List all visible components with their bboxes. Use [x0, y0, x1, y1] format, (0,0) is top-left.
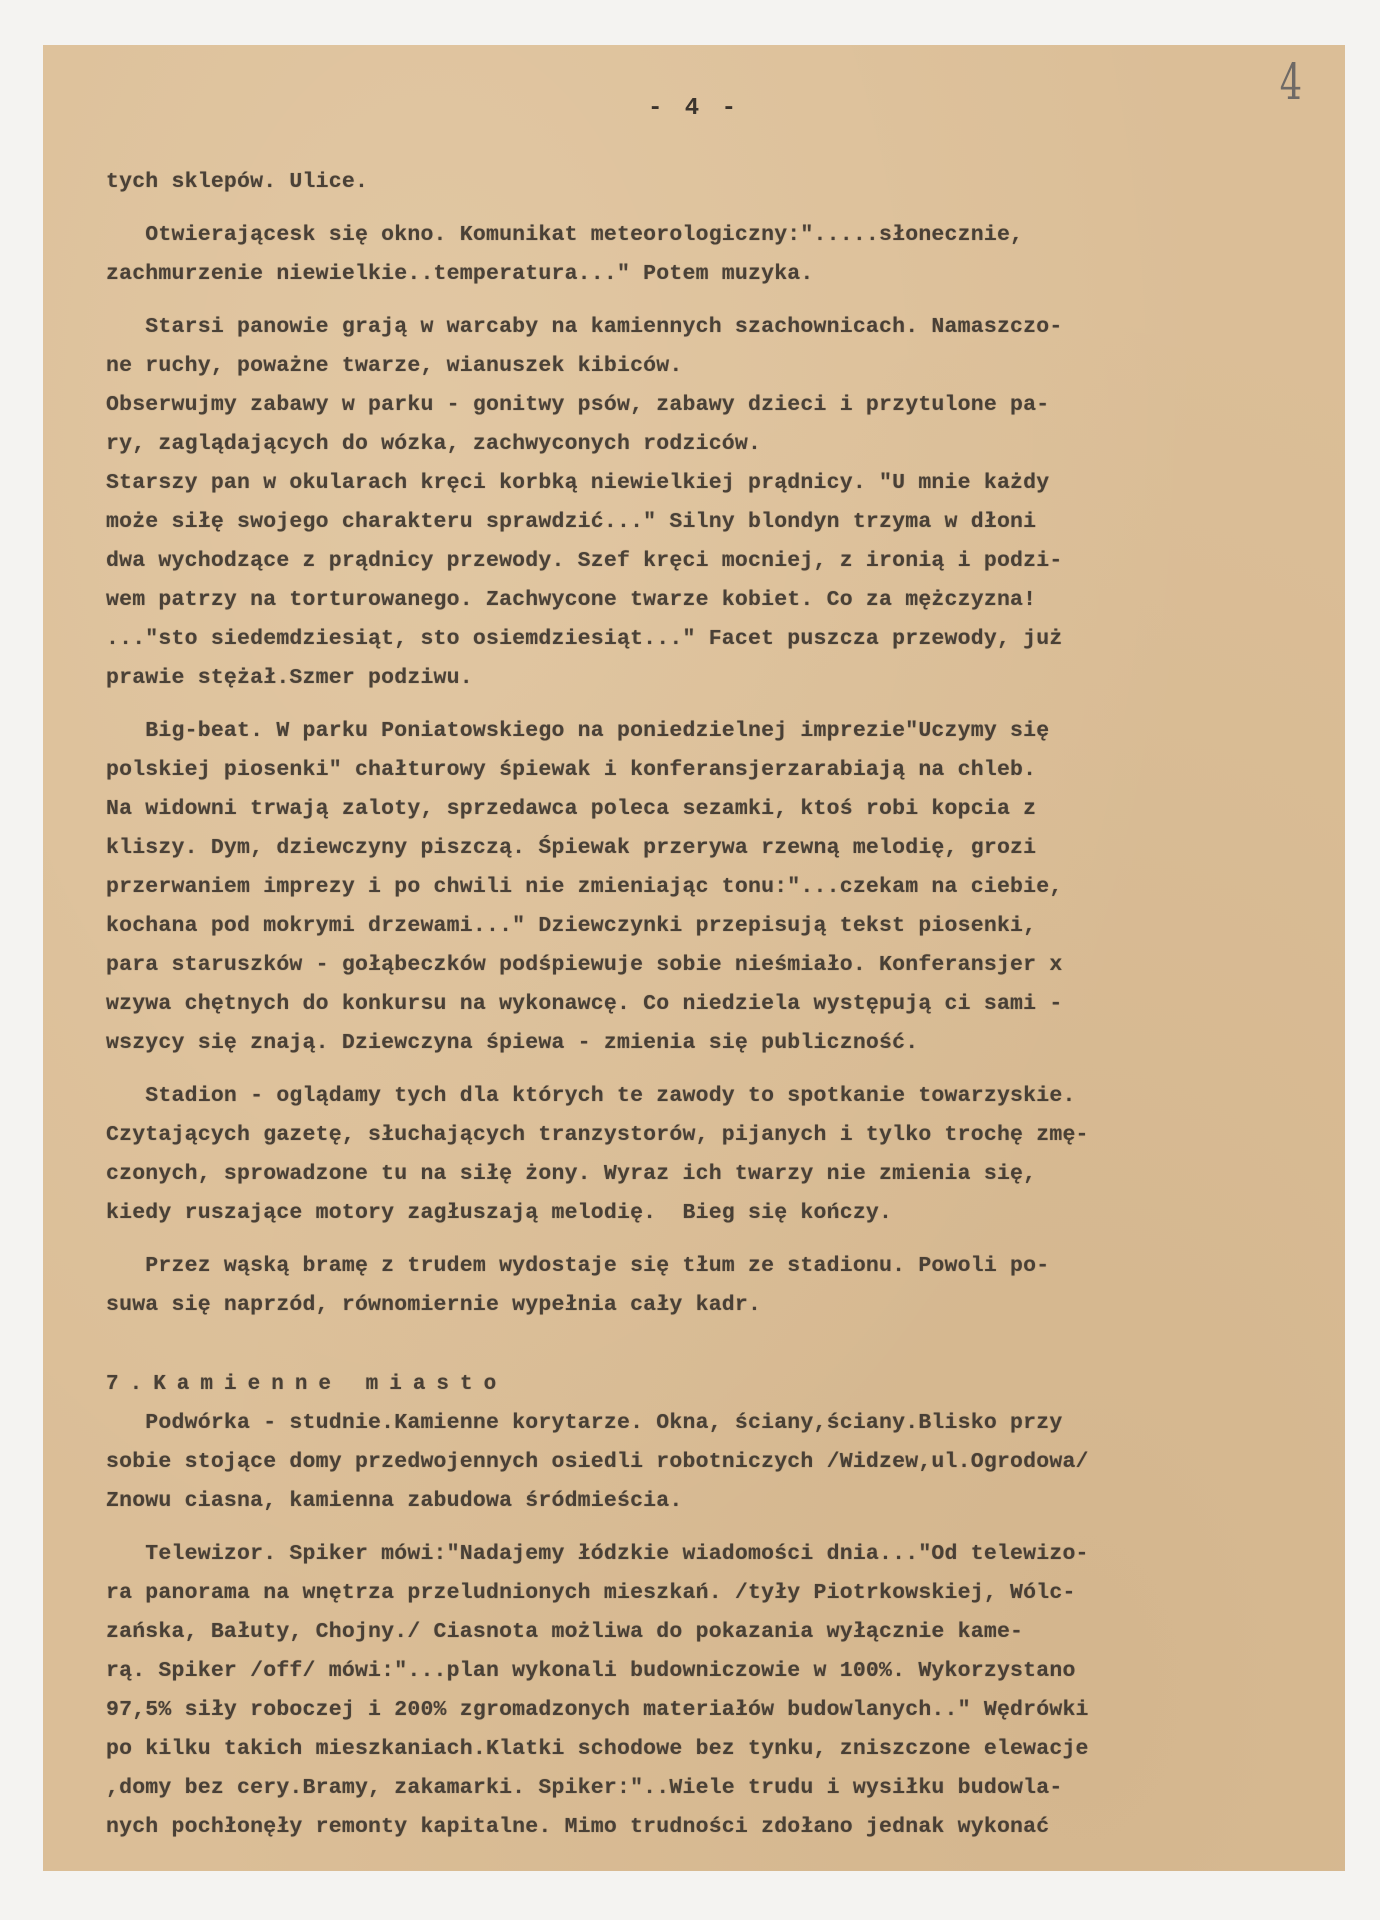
text-line: Starszy pan w okularach kręci korbką nie… [106, 464, 1286, 503]
paragraph-television: Telewizor. Spiker mówi:"Nadajemy łódzkie… [106, 1535, 1286, 1847]
section-heading: 7.Kamienne miasto [106, 1365, 1286, 1404]
text-line: ra panorama na wnętrza przeludnionych mi… [106, 1574, 1286, 1613]
paragraph-stadium: Stadion - oglądamy tych dla których te z… [106, 1077, 1286, 1233]
text-line: Znowu ciasna, kamienna zabudowa śródmieś… [106, 1482, 1286, 1521]
text-line: Na widowni trwają zaloty, sprzedawca pol… [106, 790, 1286, 829]
paragraph-window: Otwierającesk się okno. Komunikat meteor… [106, 216, 1286, 294]
text-line: Stadion - oglądamy tych dla których te z… [106, 1077, 1286, 1116]
paragraph-big-beat: Big-beat. W parku Poniatowskiego na poni… [106, 712, 1286, 1063]
text-line: kliszy. Dym, dziewczyny piszczą. Śpiewak… [106, 829, 1286, 868]
text-line: Podwórka - studnie.Kamienne korytarze. O… [106, 1404, 1286, 1443]
text-line: zachmurzenie niewielkie..temperatura..."… [106, 255, 1286, 294]
text-line: Big-beat. W parku Poniatowskiego na poni… [106, 712, 1286, 751]
text-line: rą. Spiker /off/ mówi:"...plan wykonali … [106, 1652, 1286, 1691]
paragraph-opening: tych sklepów. Ulice. [106, 163, 1286, 202]
text-line: para staruszków - gołąbeczków podśpiewuj… [106, 946, 1286, 985]
page-number: - 4 - [43, 95, 1345, 122]
text-line: przerwaniem imprezy i po chwili nie zmie… [106, 868, 1286, 907]
text-line: dwa wychodzące z prądnicy przewody. Szef… [106, 542, 1286, 581]
text-line: sobie stojące domy przedwojennych osiedl… [106, 1443, 1286, 1482]
text-line: Przez wąską bramę z trudem wydostaje się… [106, 1247, 1286, 1286]
text-line: ,domy bez cery.Bramy, zakamarki. Spiker:… [106, 1769, 1286, 1808]
text-line: tych sklepów. Ulice. [106, 163, 1286, 202]
text-line: polskiej piosenki" chałturowy śpiewak i … [106, 751, 1286, 790]
text-line: suwa się naprzód, równomiernie wypełnia … [106, 1286, 1286, 1325]
text-line: może siłę swojego charakteru sprawdzić..… [106, 503, 1286, 542]
text-line: kiedy ruszające motory zagłuszają melodi… [106, 1194, 1286, 1233]
section-7: 7.Kamienne miasto Podwórka - studnie.Kam… [106, 1365, 1286, 1521]
text-line: Otwierającesk się okno. Komunikat meteor… [106, 216, 1286, 255]
paragraph-park: Starsi panowie grają w warcaby na kamien… [106, 308, 1286, 698]
text-line: wszycy się znają. Dziewczyna śpiewa - zm… [106, 1024, 1286, 1063]
text-line: nych pochłonęły remonty kapitalne. Mimo … [106, 1808, 1286, 1847]
page-body: tych sklepów. Ulice. Otwierającesk się o… [106, 163, 1286, 1847]
text-line: Obserwujmy zabawy w parku - gonitwy psów… [106, 386, 1286, 425]
text-line: kochana pod mokrymi drzewami..." Dziewcz… [106, 907, 1286, 946]
text-line: wzywa chętnych do konkursu na wykonawcę.… [106, 985, 1286, 1024]
text-line: ne ruchy, poważne twarze, wianuszek kibi… [106, 347, 1286, 386]
text-line: wem patrzy na torturowanego. Zachwycone … [106, 581, 1286, 620]
text-line: prawie stężał.Szmer podziwu. [106, 659, 1286, 698]
text-line: 97,5% siły roboczej i 200% zgromadzonych… [106, 1691, 1286, 1730]
text-line: Czytających gazetę, słuchających tranzys… [106, 1116, 1286, 1155]
handwritten-page-number: 4 [1280, 53, 1302, 111]
typewritten-page: - 4 - 4 tych sklepów. Ulice. Otwierające… [43, 45, 1345, 1871]
paragraph-crowd: Przez wąską bramę z trudem wydostaje się… [106, 1247, 1286, 1325]
text-line: ry, zaglądających do wózka, zachwyconych… [106, 425, 1286, 464]
text-line: zańska, Bałuty, Chojny./ Ciasnota możliw… [106, 1613, 1286, 1652]
text-line: po kilku takich mieszkaniach.Klatki scho… [106, 1730, 1286, 1769]
text-line: Starsi panowie grają w warcaby na kamien… [106, 308, 1286, 347]
text-line: ..."sto siedemdziesiąt, sto osiemdziesią… [106, 620, 1286, 659]
text-line: Telewizor. Spiker mówi:"Nadajemy łódzkie… [106, 1535, 1286, 1574]
text-line: czonych, sprowadzone tu na siłę żony. Wy… [106, 1155, 1286, 1194]
